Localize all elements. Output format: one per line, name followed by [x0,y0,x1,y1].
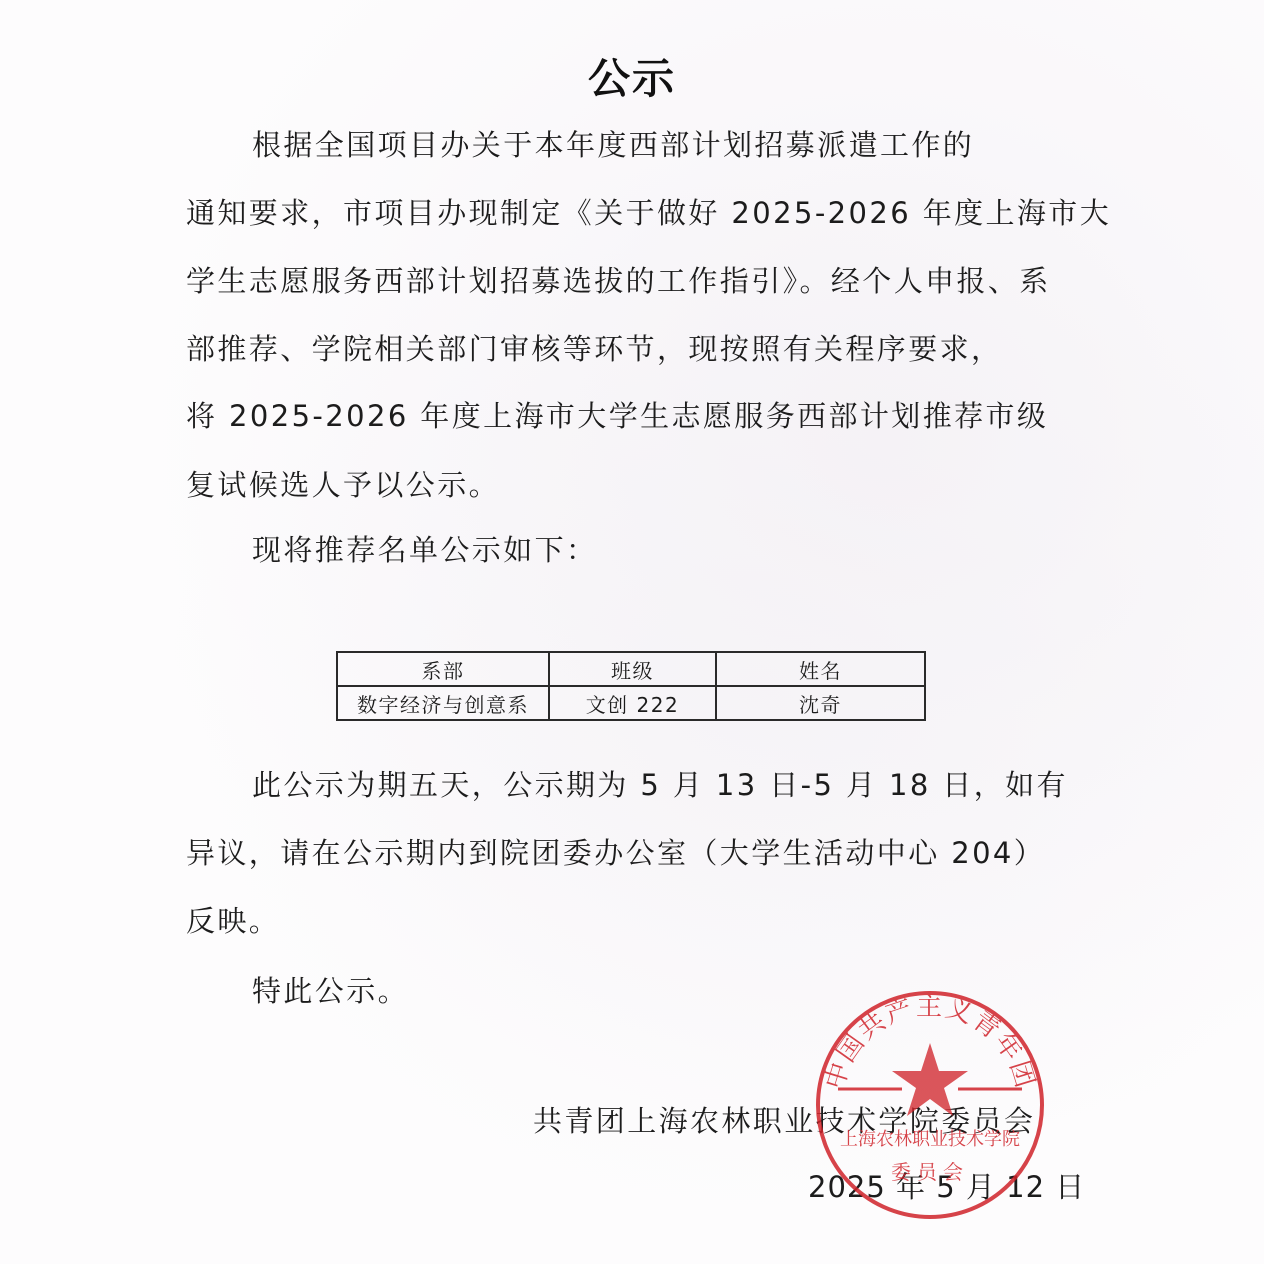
table-header-class: 班级 [549,652,716,686]
paragraph-1-line-6: 复试候选人予以公示。 [186,468,500,502]
issue-date: 2025 年 5 月 12 日 [808,1165,1085,1206]
seal-top-text: 中国共产主义青年团 [820,992,1041,1093]
document-title: 公示 [0,46,1264,106]
closing-statement: 特此公示。 [252,974,409,1008]
table-header-name: 姓名 [716,652,925,686]
paragraph-1-line-4: 部推荐、学院相关部门审核等环节，现按照有关程序要求， [186,332,1002,366]
table-cell-class: 文创 222 [549,686,716,720]
paragraph-1-line-3: 学生志愿服务西部计划招募选拔的工作指引》。经个人申报、系 [186,264,1051,298]
paragraph-2-line-2: 异议，请在公示期内到院团委办公室（大学生活动中心 204） [186,836,1045,870]
paragraph-1-line-1: 根据全国项目办关于本年度西部计划招募派遣工作的 [252,128,974,162]
candidate-table: 系部 班级 姓名 数字经济与创意系 文创 222 沈奇 [336,651,926,721]
issuer-signature: 共青团上海农林职业技术学院委员会 [533,1099,1035,1140]
table-cell-department: 数字经济与创意系 [337,686,549,720]
svg-text:中国共产主义青年团: 中国共产主义青年团 [820,992,1041,1093]
document-page: 公示 根据全国项目办关于本年度西部计划招募派遣工作的 通知要求，市项目办现制定《… [0,0,1264,1264]
paragraph-2-line-3: 反映。 [186,904,280,938]
table-header-row: 系部 班级 姓名 [337,652,925,686]
table-cell-name: 沈奇 [716,686,925,720]
paragraph-1-line-2: 通知要求，市项目办现制定《关于做好 2025-2026 年度上海市大 [186,196,1111,230]
table-row: 数字经济与创意系 文创 222 沈奇 [337,686,925,720]
list-intro: 现将推荐名单公示如下： [252,533,597,567]
paragraph-2-line-1: 此公示为期五天，公示期为 5 月 13 日-5 月 18 日，如有 [252,768,1068,802]
paragraph-1-line-5: 将 2025-2026 年度上海市大学生志愿服务西部计划推荐市级 [186,399,1048,433]
table-header-department: 系部 [337,652,549,686]
